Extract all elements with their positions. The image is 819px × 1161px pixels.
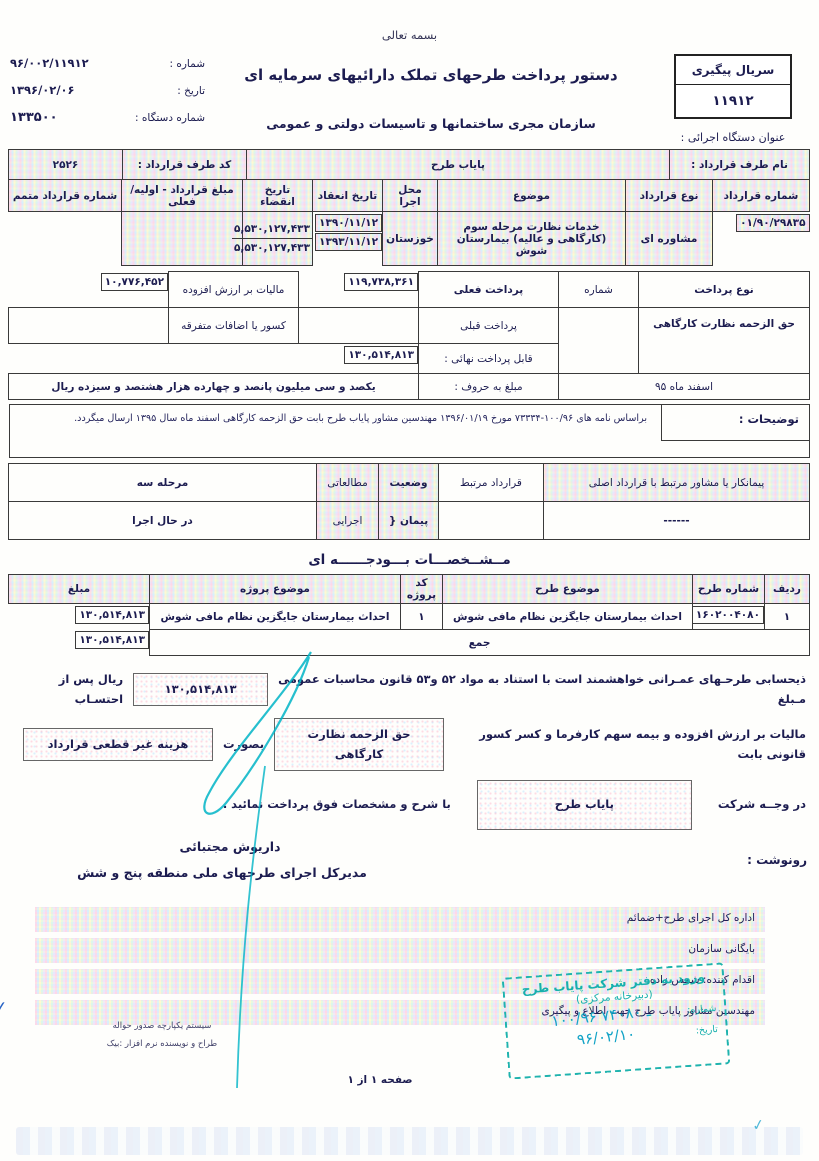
contract-party-code-value: ۲۵۲۶ <box>9 150 123 180</box>
related-contractor-label: پیمانکار یا مشاور مرتبط با قرارداد اصلی <box>544 464 810 502</box>
header: سریال پیگیری ۱۱۹۱۲ عنوان دستگاه اجرائی :… <box>0 42 819 144</box>
payment-previous-value <box>299 308 419 344</box>
stamp-number-label: شماره: <box>687 1002 717 1015</box>
budget-col-project-subject: موضوع پروژه <box>150 575 401 604</box>
device-number-value: ۱۳۳۵۰۰ <box>10 110 58 125</box>
signer-role: مدیرکل اجرای طرحهای ملی منطقه پنج و شش <box>52 865 392 880</box>
directive-line-2: مالیات بر ارزش افزوده و بیمه سهم کارفرما… <box>13 718 806 771</box>
document-page: بسمه تعالی سریال پیگیری ۱۱۹۱۲ عنوان دستگ… <box>0 0 819 1161</box>
budget-col-project-code: کد پروژه <box>401 575 443 604</box>
notes-section: توضیحات : براساس نامه های ۷۳۳۳۴-۱۰۰/۹۶ م… <box>9 404 810 458</box>
contract-col-supplement: شماره قرارداد متمم <box>9 180 122 212</box>
directive-line-3: در وجــه شرکت پایاب طرح با شرح و مشخصات … <box>13 780 806 830</box>
payment-vat-label: مالیات بر ارزش افزوده <box>169 272 299 308</box>
directive-line-1: ذیحسابی طرحـهای عمـرانی خواهشمند است با … <box>13 670 806 709</box>
software-credit-line-2: طراح و نویسنده نرم افزار :بیک <box>92 1036 232 1054</box>
contract-amount-initial: ۵,۵۳۰,۱۲۷,۴۳۳ <box>232 220 312 238</box>
status-label: وضعیت <box>379 464 439 502</box>
related-contract-table: پیمانکار یا مشاور مرتبط با قرارداد اصلی … <box>8 463 810 540</box>
budget-total-value: ۱۳۰,۵۱۴,۸۱۳ <box>75 631 149 649</box>
payment-period: اسفند ماه ۹۵ <box>559 374 810 400</box>
payment-type-label: نوع پرداخت <box>639 272 810 308</box>
notes-text-a: براساس نامه های <box>576 413 647 424</box>
payment-current-label: پرداخت فعلی <box>419 272 559 308</box>
payment-final-value: ۱۳۰,۵۱۴,۸۱۳ <box>344 346 418 364</box>
notes-ref-number: ۷۳۳۳۴-۱۰۰/۹۶ <box>515 411 573 426</box>
contract-party-table: نام طرف قرارداد : پایاب طرح کد طرف قرارد… <box>8 149 810 180</box>
notes-text-c: مهندسین مشاور پایاب طرح بابت حق الزحمه ک… <box>74 413 437 424</box>
device-number-label: شماره دستگاه : <box>135 112 205 124</box>
contract-supplement <box>122 212 243 266</box>
payment-current-value: ۱۱۹,۷۳۸,۳۶۱ <box>344 273 418 291</box>
payment-number-label: شماره <box>559 272 639 308</box>
directive-fee-box: حق الزحمه نظارت کارگاهی <box>274 718 444 771</box>
related-contract-label: قرارداد مرتبط <box>439 464 544 502</box>
contract-col-amount: مبلغ قرارداد - اولیه/فعلی <box>122 180 243 212</box>
contract-amount-current: ۵,۵۳۰,۱۲۷,۴۳۳ <box>232 238 312 257</box>
contract-col-subject: موضوع <box>438 180 626 212</box>
stamp-date-label: تاریخ: <box>695 1023 718 1036</box>
doc-number-row: شماره : ۹۶/۰۰۲/۱۱۹۱۲ <box>10 56 205 70</box>
footer: ورود به دفتر شرکت پایاب طرح (دبیرخانه مر… <box>0 952 819 1161</box>
device-number-row: شماره دستگاه : ۱۳۳۵۰۰ <box>10 110 205 125</box>
contract-number: ۰۱/۹۰/۲۹۸۳۵ <box>736 214 809 232</box>
budget-plan-number: ۱۶۰۲۰۰۴۰۸۰ <box>692 606 764 624</box>
payment-deductions-value <box>9 308 169 344</box>
payment-previous-label: پرداخت قبلی <box>419 308 559 344</box>
budget-col-plan-subject: موضوع طرح <box>443 575 693 604</box>
directive-cost-type-box: هزینه غیر قطعی قرارداد <box>23 728 213 762</box>
directive-section: ذیحسابی طرحـهای عمـرانی خواهشمند است با … <box>13 670 806 830</box>
stage-value: مرحله سه <box>9 464 317 502</box>
signer-name: داریوش مجتبائی <box>150 839 310 854</box>
small-checkmark-icon: ✓ <box>751 1115 767 1135</box>
organization-name: سازمان مجری ساختمانها و تاسیسات دولتی و … <box>205 116 657 131</box>
contract-col-expire-date: تاریخ انقضاء <box>243 180 313 212</box>
copy-item-1: اداره کل اجرای طرح+ضمائم <box>35 907 765 932</box>
scan-artifact-strip <box>16 1127 803 1155</box>
contract-type: مشاوره ای <box>626 212 713 266</box>
budget-row-index: ۱ <box>765 604 810 630</box>
contract-col-location: محل اجرا <box>383 180 438 212</box>
related-contractor-value: ------ <box>544 502 810 540</box>
directive-company-box: پایاب طرح <box>477 780 692 830</box>
doc-date-value: ۱۳۹۶/۰۲/۰۶ <box>10 83 75 97</box>
directive-l2-text-b: بصورت <box>223 735 264 755</box>
payment-table: نوع پرداخت شماره پرداخت فعلی ۱۱۹,۷۳۸,۳۶۱… <box>8 271 810 400</box>
directive-l3-text-b: با شرح و مشخصات فوق پرداخت نمائید . <box>223 795 451 815</box>
header-right: سریال پیگیری ۱۱۹۱۲ عنوان دستگاه اجرائی : <box>657 48 809 144</box>
directive-l2-text-a: مالیات بر ارزش افزوده و بیمه سهم کارفرما… <box>454 725 806 764</box>
directive-l3-text-a: در وجــه شرکت <box>718 795 806 815</box>
doc-date-label: تاریخ : <box>177 85 205 97</box>
directive-l1-text-a: ذیحسابی طرحـهای عمـرانی خواهشمند است با … <box>278 670 806 709</box>
status-peyman-label: پیمان { <box>379 502 439 540</box>
payment-final-label: قابل پرداخت نهائی : <box>419 344 559 374</box>
contract-col-sign-date: تاریخ انعقاد <box>313 180 383 212</box>
tracking-serial-value: ۱۱۹۱۲ <box>676 85 790 117</box>
budget-plan-subject: احداث بیمارستان جایگزین نظام مافی شوش <box>443 604 693 630</box>
contract-sign-date: ۱۳۹۰/۱۱/۱۲ <box>315 214 382 232</box>
contract-expire-date: ۱۳۹۳/۱۱/۱۲ <box>315 233 382 251</box>
budget-total-label: جمع <box>150 630 810 656</box>
budget-col-plan-number: شماره طرح <box>693 575 765 604</box>
copies-label: رونوشت : <box>747 853 807 867</box>
tracking-serial-label: سریال پیگیری <box>676 56 790 85</box>
status-option-exec: اجرایی <box>317 502 379 540</box>
notes-ref-date: ۱۳۹۶/۰۱/۱۹ <box>440 411 488 426</box>
budget-project-subject: احداث بیمارستان جایگزین نظام مافی شوش <box>150 604 401 630</box>
agency-title-label: عنوان دستگاه اجرائی : <box>657 131 809 144</box>
related-contract-value <box>439 502 544 540</box>
header-left: شماره : ۹۶/۰۰۲/۱۱۹۱۲ تاریخ : ۱۳۹۶/۰۲/۰۶ … <box>10 48 205 144</box>
payment-number-value <box>559 308 639 374</box>
directive-amount-box: ۱۳۰,۵۱۴,۸۱۳ <box>133 673 268 707</box>
page-number: صفحه ۱ از ۱ <box>320 1074 440 1086</box>
besmele-text: بسمه تعالی <box>0 0 819 42</box>
payment-deductions-label: کسور یا اضافات متفرقه <box>169 308 299 344</box>
budget-section-title: مــشــخصـــات بـــودجــــــه ای <box>0 552 819 568</box>
doc-number-label: شماره : <box>169 58 205 70</box>
contract-amounts: ۵,۵۳۰,۱۲۷,۴۳۳ ۵,۵۳۰,۱۲۷,۴۳۳ <box>243 212 313 266</box>
copy-item-1-text: اداره کل اجرای طرح+ضمائم <box>627 912 755 924</box>
contract-party-label: نام طرف قرارداد : <box>670 150 810 180</box>
header-center: دستور پرداخت طرحهای تملک دارائیهای سرمای… <box>205 48 657 144</box>
directive-l1-text-b: ریال پس از احتسـاب <box>13 670 123 709</box>
budget-amount: ۱۳۰,۵۱۴,۸۱۳ <box>75 606 149 624</box>
notes-label: توضیحات : <box>661 405 809 441</box>
software-credit: سیستم یکپارچه صدور حواله طراح و نویسنده … <box>92 1018 232 1054</box>
signature-zone: داریوش مجتبائی مدیرکل اجرای طرحهای ملی م… <box>0 839 819 901</box>
contract-party-value: پایاب طرح <box>247 150 670 180</box>
status-option-study: مطالعاتی <box>317 464 379 502</box>
budget-col-row: ردیف <box>765 575 810 604</box>
payment-type-value: حق الزحمه نظارت کارگاهی <box>639 308 810 374</box>
contract-col-type: نوع قرارداد <box>626 180 713 212</box>
stage-status: در حال اجرا <box>9 502 317 540</box>
contract-col-number: شماره قرارداد <box>713 180 810 212</box>
contract-subject: خدمات نظارت مرحله سوم (کارگاهی و عالیه) … <box>438 212 626 266</box>
payment-words-value: یکصد و سی میلیون پانصد و چهارده هزار هشت… <box>9 374 419 400</box>
budget-project-code: ۱ <box>401 604 443 630</box>
software-credit-line-1: سیستم یکپارچه صدور حواله <box>92 1018 232 1036</box>
payment-vat-value: ۱۰,۷۷۶,۴۵۲ <box>101 273 168 291</box>
document-title: دستور پرداخت طرحهای تملک دارائیهای سرمای… <box>205 66 657 84</box>
contract-location: خوزستان <box>383 212 438 266</box>
contract-party-code-label: کد طرف قرارداد : <box>123 150 247 180</box>
contract-table: شماره قرارداد نوع قرارداد موضوع محل اجرا… <box>8 179 810 266</box>
doc-number-value: ۹۶/۰۰۲/۱۱۹۱۲ <box>10 56 89 70</box>
budget-table: ردیف شماره طرح موضوع طرح کد پروژه موضوع … <box>8 574 810 656</box>
tracking-serial-box: سریال پیگیری ۱۱۹۱۲ <box>674 54 792 119</box>
office-entry-stamp: ورود به دفتر شرکت پایاب طرح (دبیرخانه مر… <box>502 962 731 1079</box>
payment-words-label: مبلغ به حروف : <box>419 374 559 400</box>
budget-col-amount: مبلغ <box>9 575 150 604</box>
doc-date-row: تاریخ : ۱۳۹۶/۰۲/۰۶ <box>10 83 205 97</box>
notes-text-b: مورخ <box>491 413 512 424</box>
